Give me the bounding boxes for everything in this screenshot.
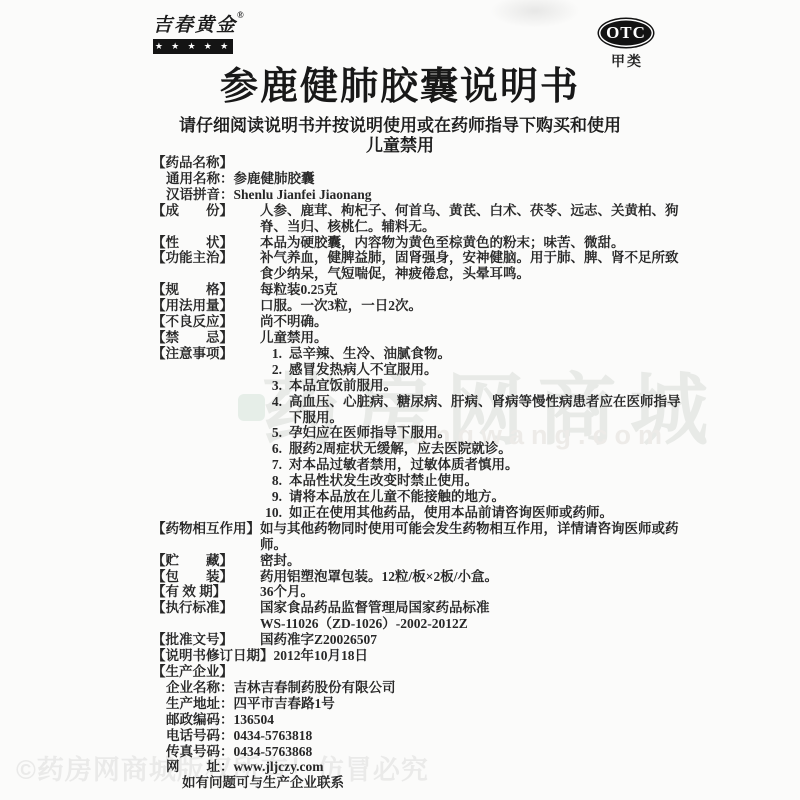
brand-name: 吉春黄金® bbox=[153, 10, 246, 37]
phone-row: 电话号码： 0434-5763818 bbox=[152, 728, 682, 744]
section-label: 【用法用量】 bbox=[152, 298, 260, 314]
leaflet-body: 【药品名称】 通用名称： 参鹿健肺胶囊 汉语拼音： Shenlu Jianfei… bbox=[152, 155, 682, 791]
item-number: 8. bbox=[260, 473, 282, 489]
standard-line2: WS-11026（ZD-1026）-2002-2012Z bbox=[260, 616, 682, 632]
field-label: 生产地址： bbox=[166, 696, 234, 712]
section-standard: 【执行标准】 国家食品药品监督管理局国家药品标准 WS-11026（ZD-102… bbox=[152, 600, 682, 632]
section-text: 人参、鹿茸、枸杞子、何首乌、黄芪、白术、茯苓、远志、关黄柏、狗脊、当归、核桃仁。… bbox=[260, 203, 682, 235]
section-text: 如与其他药物同时使用可能会发生药物相互作用，详情请咨询医师或药师。 bbox=[260, 521, 682, 553]
item-number: 2. bbox=[260, 362, 282, 378]
section-drug-name: 【药品名称】 bbox=[152, 155, 682, 171]
item-number: 1. bbox=[260, 346, 282, 362]
section-manufacturer: 【生产企业】 bbox=[152, 664, 682, 680]
section-adverse-reactions: 【不良反应】 尚不明确。 bbox=[152, 314, 682, 330]
list-item: 4.高血压、心脏病、糖尿病、肝病、肾病等慢性病患者应在医师指导下服用。 bbox=[260, 394, 682, 426]
section-character: 【性 状】 本品为硬胶囊，内容物为黄色至棕黄色的粉末；味苦、微甜。 bbox=[152, 235, 682, 251]
pinyin-row: 汉语拼音： Shenlu Jianfei Jiaonang bbox=[152, 187, 682, 203]
item-text: 高血压、心脏病、糖尿病、肝病、肾病等慢性病患者应在医师指导下服用。 bbox=[289, 394, 682, 426]
field-label: 汉语拼音： bbox=[166, 187, 234, 203]
section-text: 密封。 bbox=[260, 553, 682, 569]
section-text: 2012年10月18日 bbox=[274, 648, 683, 664]
item-number: 6. bbox=[260, 441, 282, 457]
field-label: 传真号码： bbox=[166, 744, 234, 760]
section-functions: 【功能主治】 补气养血，健脾益肺，固肾强身，安神健脑。用于肺、脾、肾不足所致食少… bbox=[152, 250, 682, 282]
children-forbidden-notice: 儿童禁用 bbox=[0, 131, 800, 156]
postcode-row: 邮政编码： 136504 bbox=[152, 712, 682, 728]
item-text: 对本品过敏者禁用，过敏体质者慎用。 bbox=[289, 457, 682, 473]
precautions-list: 1.忌辛辣、生冷、油腻食物。 2.感冒发热病人不宜服用。 3.本品宜饭前服用。 … bbox=[260, 346, 682, 521]
star-icons: ★ ★ ★ ★ ★ bbox=[153, 39, 233, 54]
item-text: 感冒发热病人不宜服用。 bbox=[289, 362, 682, 378]
section-text: 本品为硬胶囊，内容物为黄色至棕黄色的粉末；味苦、微甜。 bbox=[260, 235, 682, 251]
section-interaction: 【药物相互作用】 如与其他药物同时使用可能会发生药物相互作用，详情请咨询医师或药… bbox=[152, 521, 682, 553]
item-text: 如正在使用其他药品，使用本品前请咨询医师或药师。 bbox=[289, 505, 682, 521]
section-precautions: 【注意事项】 1.忌辛辣、生冷、油腻食物。 2.感冒发热病人不宜服用。 3.本品… bbox=[152, 346, 682, 521]
field-value: 四平市吉春路1号 bbox=[234, 696, 683, 712]
field-label: 电话号码： bbox=[166, 728, 234, 744]
standard-line1: 国家食品药品监督管理局国家药品标准 bbox=[260, 600, 682, 616]
item-number: 3. bbox=[260, 378, 282, 394]
field-value: 吉林吉春制药股份有限公司 bbox=[234, 680, 683, 696]
list-item: 3.本品宜饭前服用。 bbox=[260, 378, 682, 394]
registered-trademark-icon: ® bbox=[237, 10, 246, 20]
item-text: 本品宜饭前服用。 bbox=[289, 378, 682, 394]
otc-oval-icon: OTC bbox=[599, 19, 653, 47]
item-text: 孕妇应在医师指导下服用。 bbox=[289, 425, 682, 441]
field-value: Shenlu Jianfei Jiaonang bbox=[234, 187, 683, 203]
address-row: 生产地址： 四平市吉春路1号 bbox=[152, 696, 682, 712]
field-value: www.jljczy.com bbox=[234, 759, 683, 775]
field-label: 企业名称： bbox=[166, 680, 234, 696]
list-item: 10.如正在使用其他药品，使用本品前请咨询医师或药师。 bbox=[260, 505, 682, 521]
item-text: 请将本品放在儿童不能接触的地方。 bbox=[289, 489, 682, 505]
section-text: 口服。一次3粒，一日2次。 bbox=[260, 298, 682, 314]
field-label: 通用名称： bbox=[166, 171, 234, 187]
section-label: 【贮 藏】 bbox=[152, 553, 260, 569]
item-number: 7. bbox=[260, 457, 282, 473]
section-label: 【说明书修订日期】 bbox=[152, 648, 274, 664]
list-item: 2.感冒发热病人不宜服用。 bbox=[260, 362, 682, 378]
section-text: 补气养血，健脾益肺，固肾强身，安神健脑。用于肺、脾、肾不足所致食少纳呆，气短喘促… bbox=[260, 250, 682, 282]
field-value: 0434-5763868 bbox=[234, 744, 683, 760]
section-label: 【药物相互作用】 bbox=[152, 521, 260, 537]
section-label: 【执行标准】 bbox=[152, 600, 260, 616]
section-text: 36个月。 bbox=[260, 584, 682, 600]
section-revision-date: 【说明书修订日期】 2012年10月18日 bbox=[152, 648, 682, 664]
list-item: 7.对本品过敏者禁用，过敏体质者慎用。 bbox=[260, 457, 682, 473]
item-number: 10. bbox=[260, 505, 282, 521]
company-name-row: 企业名称： 吉林吉春制药股份有限公司 bbox=[152, 680, 682, 696]
item-number: 9. bbox=[260, 489, 282, 505]
list-item: 5.孕妇应在医师指导下服用。 bbox=[260, 425, 682, 441]
section-package: 【包 装】 药用铝塑泡罩包装。12粒/板×2板/小盒。 bbox=[152, 569, 682, 585]
drug-leaflet-page: 药房网商城 fangwang.com ©药房网商城版权所有！仿冒必究 吉春黄金®… bbox=[0, 0, 800, 800]
page-title: 参鹿健肺胶囊说明书 bbox=[0, 55, 800, 110]
section-label: 【成 份】 bbox=[152, 203, 260, 219]
section-text: 儿童禁用。 bbox=[260, 330, 682, 346]
field-value: 参鹿健肺胶囊 bbox=[234, 171, 683, 187]
section-text: 国药准字Z20026507 bbox=[260, 632, 682, 648]
section-label: 【注意事项】 bbox=[152, 346, 260, 362]
field-value: 0434-5763818 bbox=[234, 728, 683, 744]
section-label: 【生产企业】 bbox=[152, 664, 260, 680]
section-text: 尚不明确。 bbox=[260, 314, 682, 330]
field-label: 网 址： bbox=[166, 759, 234, 775]
brand-logo: 吉春黄金® ★ ★ ★ ★ ★ bbox=[153, 10, 246, 54]
list-item: 8.本品性状发生改变时禁止使用。 bbox=[260, 473, 682, 489]
section-label: 【性 状】 bbox=[152, 235, 260, 251]
section-text: 药用铝塑泡罩包装。12粒/板×2板/小盒。 bbox=[260, 569, 682, 585]
item-text: 服药2周症状无缓解，应去医院就诊。 bbox=[289, 441, 682, 457]
generic-name-row: 通用名称： 参鹿健肺胶囊 bbox=[152, 171, 682, 187]
list-item: 9.请将本品放在儿童不能接触的地方。 bbox=[260, 489, 682, 505]
section-dosage: 【用法用量】 口服。一次3粒，一日2次。 bbox=[152, 298, 682, 314]
section-label: 【包 装】 bbox=[152, 569, 260, 585]
item-text: 本品性状发生改变时禁止使用。 bbox=[289, 473, 682, 489]
item-number: 5. bbox=[260, 425, 282, 441]
section-label: 【药品名称】 bbox=[152, 155, 260, 171]
section-ingredients: 【成 份】 人参、鹿茸、枸杞子、何首乌、黄芪、白术、茯苓、远志、关黄柏、狗脊、当… bbox=[152, 203, 682, 235]
field-value: 136504 bbox=[234, 712, 683, 728]
section-contraindication: 【禁 忌】 儿童禁用。 bbox=[152, 330, 682, 346]
website-row: 网 址： www.jljczy.com bbox=[152, 759, 682, 775]
section-text: 每粒装0.25克 bbox=[260, 282, 682, 298]
section-label: 【批准文号】 bbox=[152, 632, 260, 648]
section-approval-number: 【批准文号】 国药准字Z20026507 bbox=[152, 632, 682, 648]
section-label: 【不良反应】 bbox=[152, 314, 260, 330]
standard-lines: 国家食品药品监督管理局国家药品标准 WS-11026（ZD-1026）-2002… bbox=[260, 600, 682, 632]
item-text: 忌辛辣、生冷、油腻食物。 bbox=[289, 346, 682, 362]
scan-smudge bbox=[490, 0, 580, 28]
list-item: 1.忌辛辣、生冷、油腻食物。 bbox=[260, 346, 682, 362]
section-validity: 【有 效 期】 36个月。 bbox=[152, 584, 682, 600]
section-label: 【有 效 期】 bbox=[152, 584, 260, 600]
list-item: 6.服药2周症状无缓解，应去医院就诊。 bbox=[260, 441, 682, 457]
item-number: 4. bbox=[260, 394, 282, 426]
section-storage: 【贮 藏】 密封。 bbox=[152, 553, 682, 569]
section-label: 【功能主治】 bbox=[152, 250, 260, 266]
brand-name-text: 吉春黄金 bbox=[153, 15, 237, 36]
fax-row: 传真号码： 0434-5763868 bbox=[152, 744, 682, 760]
section-label: 【禁 忌】 bbox=[152, 330, 260, 346]
contact-note: 如有问题可与生产企业联系 bbox=[152, 775, 682, 791]
section-label: 【规 格】 bbox=[152, 282, 260, 298]
field-label: 邮政编码： bbox=[166, 712, 234, 728]
section-spec: 【规 格】 每粒装0.25克 bbox=[152, 282, 682, 298]
